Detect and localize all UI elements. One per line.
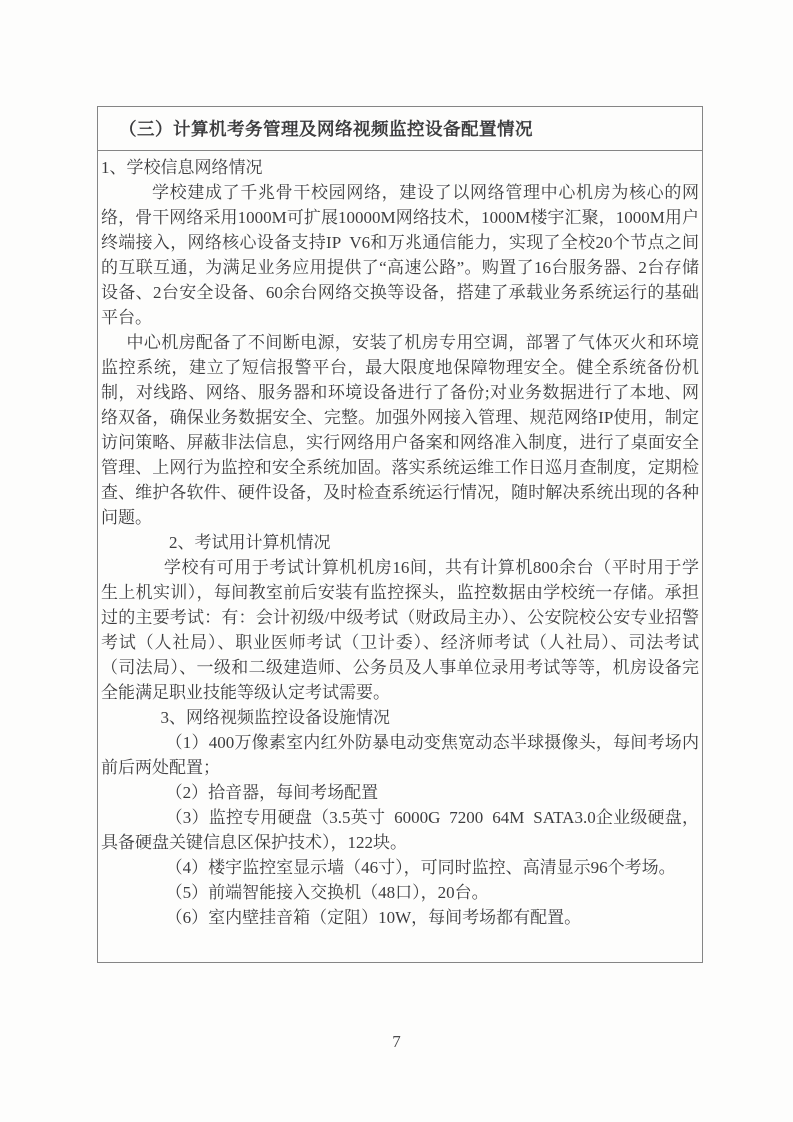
section-3-item-2: （2）拾音器，每间考场配置 xyxy=(101,780,699,805)
table-body-cell: 1、学校信息网络情况 学校建成了千兆骨干校园网络，建设了以网络管理中心机房为核心… xyxy=(98,151,702,962)
table-header-cell: （三）计算机考务管理及网络视频监控设备配置情况 xyxy=(98,107,702,151)
section-3-item-6: （6）室内壁挂音箱（定阻）10W，每间考场都有配置。 xyxy=(101,905,699,930)
section-3-heading: 3、网络视频监控设备设施情况 xyxy=(101,705,699,730)
section-3-item-5: （5）前端智能接入交换机（48口），20台。 xyxy=(101,880,699,905)
section-1-paragraph-1: 学校建成了千兆骨干校园网络，建设了以网络管理中心机房为核心的网络，骨干网络采用1… xyxy=(101,180,699,330)
section-3-item-1: （1）400万像素室内红外防暴电动变焦宽动态半球摄像头，每间考场内前后两处配置； xyxy=(101,730,699,780)
page-number: 7 xyxy=(0,1032,793,1052)
table-header-title: （三）计算机考务管理及网络视频监控设备配置情况 xyxy=(119,116,533,141)
section-1-paragraph-2: 中心机房配备了不间断电源，安装了机房专用空调，部署了气体灭火和环境监控系统，建立… xyxy=(101,330,699,530)
section-1-heading: 1、学校信息网络情况 xyxy=(101,155,699,180)
scanned-document-page: （三）计算机考务管理及网络视频监控设备配置情况 1、学校信息网络情况 学校建成了… xyxy=(0,0,793,1122)
equipment-configuration-table: （三）计算机考务管理及网络视频监控设备配置情况 1、学校信息网络情况 学校建成了… xyxy=(97,106,703,963)
section-3-item-4: （4）楼宇监控室显示墙（46寸），可同时监控、高清显示96个考场。 xyxy=(101,855,699,880)
section-2-paragraph-1: 学校有可用于考试计算机机房16间，共有计算机800余台（平时用于学生上机实训），… xyxy=(101,555,699,705)
section-2-heading: 2、考试用计算机情况 xyxy=(101,530,699,555)
section-3-item-3: （3）监控专用硬盘（3.5英寸 6000G 7200 64M SATA3.0企业… xyxy=(101,805,699,855)
